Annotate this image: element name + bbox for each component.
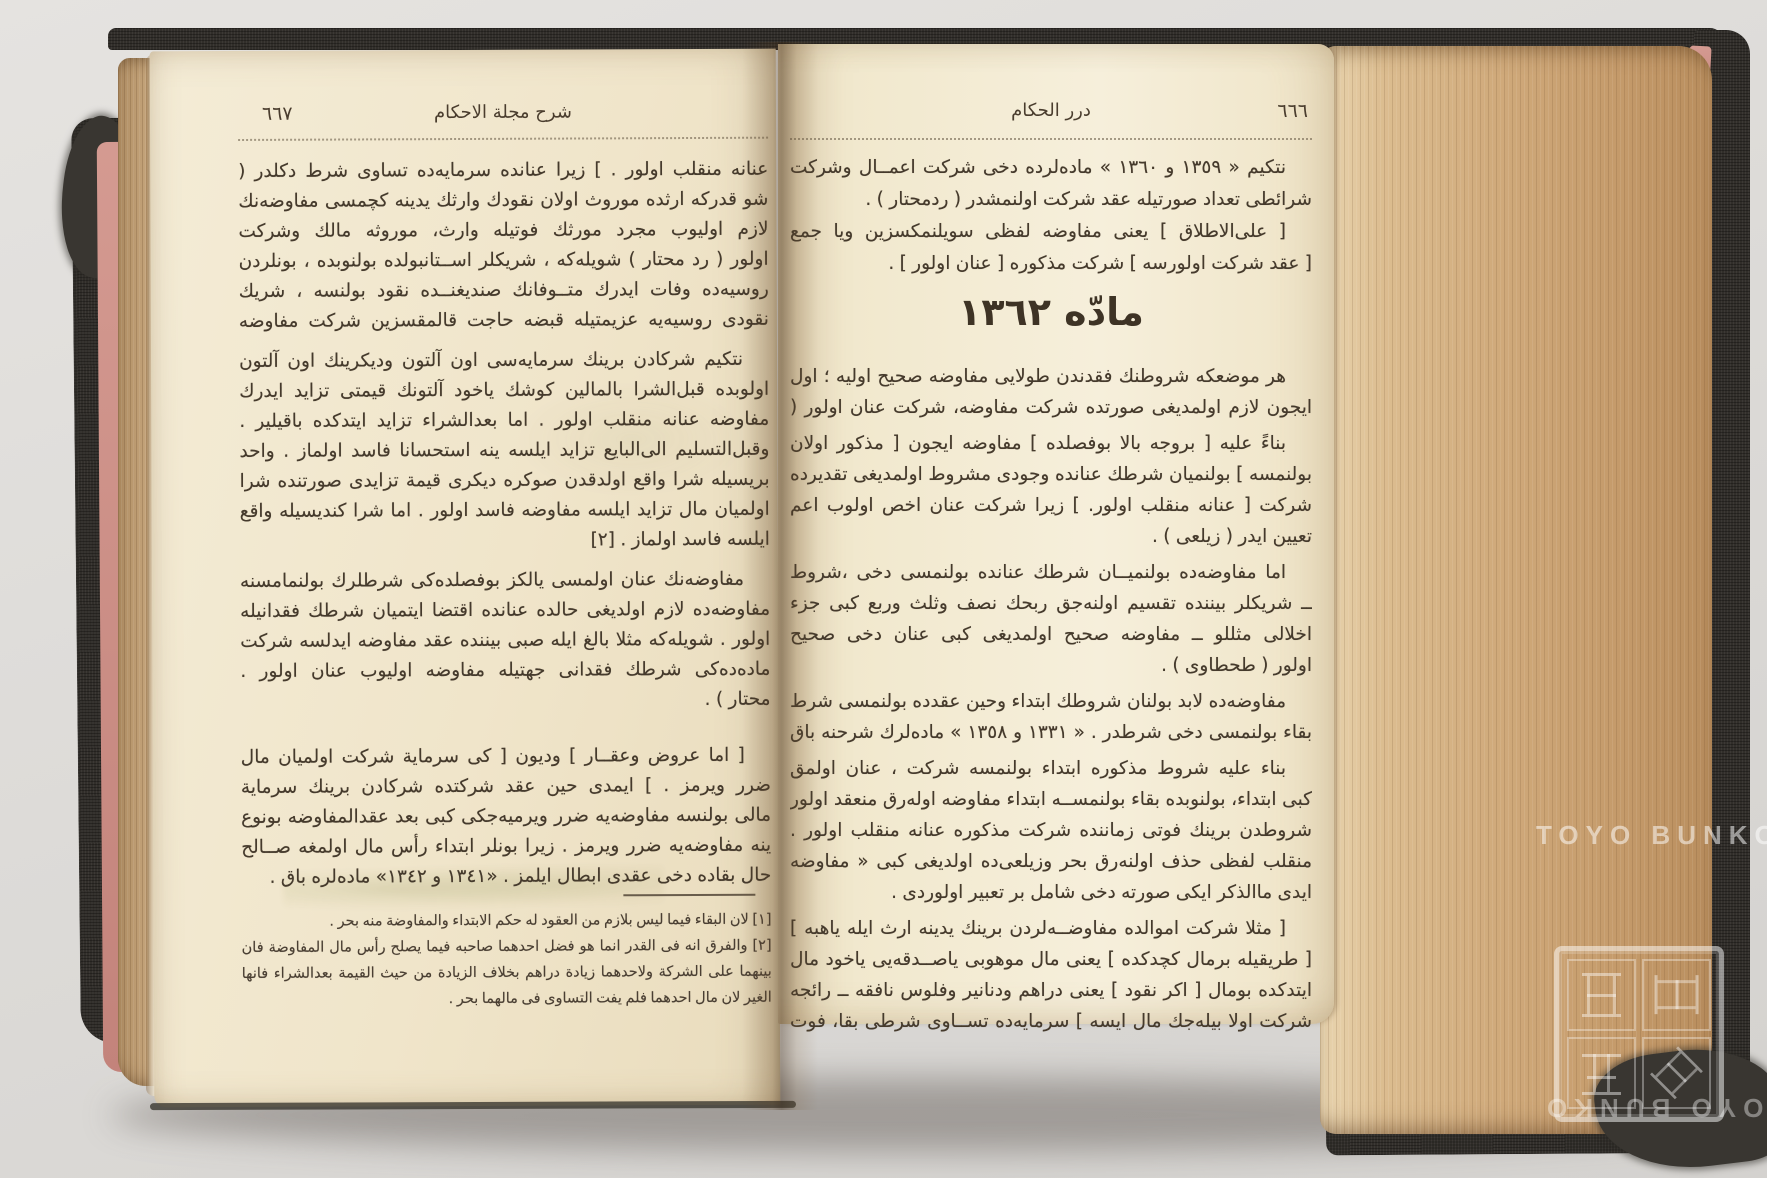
text-line: [ اما عروض وعقــار ] وديون [ كى سرماية ش… (241, 741, 771, 773)
text-line: بناءً عليه [ بروجه بالا بوفصلده ] مفاوضه… (790, 428, 1312, 459)
text-line: شروطدن برينك فوتى زماننده شركت مذكوره عن… (790, 815, 1312, 846)
text-line: اولوبده قبل‌الشرا بالمالين كوشك ياخود آل… (239, 375, 769, 407)
left-running-title: شرح مجلة الاحكام (238, 101, 768, 124)
text-line: بناء عليه شروط مذكوره ابتداء بولنمسه شرك… (790, 753, 1312, 784)
text-line: ينه مفاوضه‌يه ضرر ويرمز . زيرا بونلر ابت… (241, 831, 771, 863)
text-line: ضرر ويرمز . ] ايمدى حين عقد شركتده شركاد… (241, 771, 771, 803)
text-line: [ على‌الاطلاق ] يعنى مفاوضه لفظى سويلنمك… (790, 216, 1312, 248)
text-line: ايدى ماالذكر ايكى صورته دخى شامل بر تعبي… (790, 877, 1312, 908)
text-line: محتار ) . (240, 685, 770, 717)
text-line: عنانه منقلب اولور . ] زيرا عنانده سرمايه… (238, 155, 768, 187)
right-page: ٦٦٦ درر الحكام نتكيم « ١٣٥٩ و ١٣٦٠ » ماد… (778, 44, 1334, 1024)
right-page-intro-text: نتكيم « ١٣٥٩ و ١٣٦٠ » ماده‌لرده دخى شركت… (790, 152, 1312, 280)
text-line: شرائطى تعداد صورتيله عقد شركت اولنمشدر (… (790, 184, 1312, 216)
left-header-rule (238, 137, 768, 141)
text-line: شركت اولا بيله‌جك مال ايسه ] سرمايه‌ده ت… (790, 1006, 1312, 1037)
text-line: اولور ( رد محتار ) شويله‌كه ، شريكلر اسـ… (239, 245, 769, 277)
text-line: حال بقاده دخى عقدى ابطال ايلمز . «١٣٤١ و… (241, 861, 771, 893)
watermark-text-top: TOYO BUNKO (1536, 820, 1767, 851)
article-1362-heading: مادّه ١٣٦٢ (790, 290, 1312, 334)
text-line: [١] لان البقاء فيما ليس بلازم من العقود … (241, 907, 771, 935)
left-running-head: ٦٦٧ شرح مجلة الاحكام (238, 101, 768, 133)
text-line: كبى ابتداء، بولنوبده بقاء بولنمســه ابتد… (790, 784, 1312, 815)
text-line: ايتدكده بومال [ اكر نقود ] يعنى دراهم ود… (790, 975, 1312, 1006)
text-line: اما مفاوضه‌ده بولنميــان شرطك عنانده بول… (790, 557, 1312, 588)
left-page: ٦٦٧ شرح مجلة الاحكام عنانه منقلب اولور .… (150, 49, 781, 1108)
photo-background: ٦٦٧ شرح مجلة الاحكام عنانه منقلب اولور .… (0, 0, 1767, 1178)
text-line: روسيه‌ده وفات ايدرك متــوفانك صنديغنــده… (239, 275, 769, 307)
left-page-body-text: عنانه منقلب اولور . ] زيرا عنانده سرمايه… (238, 155, 771, 893)
text-line: ايجون لازم اولمديغى صورتده شركت مفاوضه، … (790, 392, 1312, 423)
text-line: بقاء بولنمسى دخى شرطدر . « ١٣٣١ و ١٣٥٨ »… (790, 717, 1312, 748)
text-line: اخلالى مثللو ــ مفاوضه صحيح اولمديغى كبى… (790, 619, 1312, 650)
text-line: مالى بولنسه مفاوضه‌يه ضرر ويرميه‌جكى كبى… (241, 801, 771, 833)
text-line: هر موضعكه شروطنك فقدندن طولايى مفاوضه صح… (790, 361, 1312, 392)
text-line: بريسيله شرا واقع اولدقدن صوكره ديكرى قيم… (240, 465, 770, 497)
text-line: بينهما على الشركة ولاحدهما زيادة دراهم ب… (242, 959, 772, 987)
text-line: [ طريقيله برمال كچدكده ] يعنى مال موهوبى… (790, 944, 1312, 975)
text-line: نقودى روسيه‌يه عزيمتيله قبضه حاجت قالمقس… (239, 305, 769, 337)
watermark-text-bottom: TOYO BUNKO (1540, 1092, 1767, 1123)
text-line: مفاوضه عنانه منقلب اولور . اما بعدالشراء… (239, 405, 769, 437)
text-line: اولميان مال تزايد ايلسه مفاوضه فاسد اولو… (240, 495, 770, 527)
text-line: منقلب لفظى حذف اولنه‌رق بحر وزيلعى‌ده او… (790, 846, 1312, 877)
seal-glyph-cell (1642, 959, 1711, 1031)
text-line: لازم اوليوب مجرد مورثك فوتيله وارث، مورو… (238, 215, 768, 247)
text-line: اولور . شويله‌كه مثلا بالغ ايله صبى بينن… (240, 625, 770, 657)
text-line: [٢] والفرق انه فى القدر انما هو فضل احده… (242, 933, 772, 961)
text-line: شو قدركه ارثده موروث اولان نقودك وارثك ي… (238, 185, 768, 217)
text-line: [ عقد شركت اولورسه ] شركت مذكوره [ عنان … (790, 248, 1312, 280)
right-page-body-text: هر موضعكه شروطنك فقدندن طولايى مفاوضه صح… (790, 356, 1312, 1037)
text-line: تعيين ايدر ( زيلعى ) . (790, 521, 1312, 552)
text-line: ماده‌ده‌كى شرطك فقدانى جهتيله مفاوضه اول… (240, 655, 770, 687)
text-line: مفاوضه‌ده لابد بولنان شروطك ابتداء وحين … (790, 686, 1312, 717)
text-line: الغير لان مال احدهما فلم يفت التساوى فى … (242, 985, 772, 1013)
left-page-footnotes: [١] لان البقاء فيما ليس بلازم من العقود … (241, 907, 771, 1013)
text-line: [ مثلا شركت اموالده مفاوضــه‌لردن برينك … (790, 913, 1312, 944)
text-line: نتكيم « ١٣٥٩ و ١٣٦٠ » ماده‌لرده دخى شركت… (790, 152, 1312, 184)
right-running-title: درر الحكام (790, 100, 1312, 121)
right-header-rule (790, 138, 1312, 140)
text-line: ايلسه فاسد اولماز . [٢] (240, 525, 770, 557)
text-line: وقبل‌التسليم الى‌البايع تزايد ايلسه ينه … (239, 435, 769, 467)
seal-glyph-cell (1567, 959, 1636, 1031)
text-line: مفاوضه‌ده لازم اولديغى حالده عنانده اقتض… (240, 595, 770, 627)
text-line: ــ شريكلر بيننده تقسيم اولنه‌جق ربحك نصف… (790, 588, 1312, 619)
text-line: نتكيم شركادن برينك سرمايه‌سى اون آلتون و… (239, 345, 769, 377)
text-line: شركت [ عنانه منقلب اولور. ] زيرا شركت عن… (790, 490, 1312, 521)
text-line: اولور ( طحطاوى ) . (790, 650, 1312, 681)
text-line: مفاوضه‌نك عنان اولمسى يالكز بوفصلده‌كى ش… (240, 565, 770, 597)
text-line: بولنمسه ] بولنميان شرطك عنانده وجودى مشر… (790, 459, 1312, 490)
footnote-separator-rule (623, 894, 755, 897)
right-running-head: ٦٦٦ درر الحكام (790, 100, 1312, 130)
